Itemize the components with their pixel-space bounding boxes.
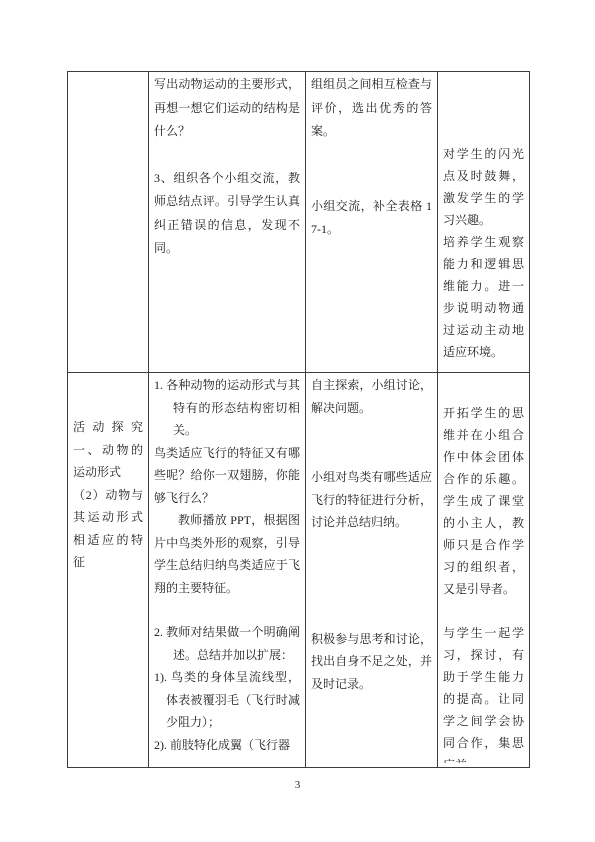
numbered-item: 1. 各种动物的运动形式与其特有的形态结构密切相关。 (154, 374, 300, 442)
stage-cell-content (73, 73, 143, 368)
cell-teacher-activity-row2: 1. 各种动物的运动形式与其特有的形态结构密切相关。 鸟类适应飞行的特征又有哪些… (149, 373, 306, 768)
teacher-activity-content: 1. 各种动物的运动形式与其特有的形态结构密切相关。 鸟类适应飞行的特征又有哪些… (154, 374, 300, 763)
paragraph: 自主探索，小组讨论，解决问题。 (311, 374, 432, 419)
document-page: 写出动物运动的主要形式，再想一想它们运动的结构是什么？ 3、组织各个小组交流，教… (0, 0, 595, 842)
cell-student-activity-row2: 自主探索，小组讨论，解决问题。 小组对鸟类有哪些适应飞行的特征进行分析，讨论并总… (306, 373, 438, 768)
lesson-plan-table: 写出动物运动的主要形式，再想一想它们运动的结构是什么？ 3、组织各个小组交流，教… (67, 71, 530, 768)
paragraph: 教师播放 PPT，根据图片中鸟类外形的观察，引导学生总结归纳鸟类适应于飞翔的主要… (154, 509, 300, 599)
page-number: 3 (0, 779, 595, 791)
paragraph: 培养学生观察能力和逻辑思维能力。进一步说明动物通过运动主动地适应环境。 (443, 231, 524, 363)
paragraph: 开拓学生的思维并在小组合作中体会团体合作的乐趣。学生成了课堂的小主人，教师只是合… (443, 402, 524, 600)
sub-item: 1). 鸟类的身体呈流线型，体表被覆羽毛（飞行时减少阻力）； (154, 666, 300, 734)
paragraph: 写出动物运动的主要形式，再想一想它们运动的结构是什么？ (154, 73, 300, 144)
paragraph: 3、组织各个小组交流，教师总结点评。引导学生认真纠正错误的信息，发现不同。 (154, 167, 300, 261)
stage-cell-content: 活动探究一、动物的运动形式 （2）动物与其运动形式相适应的特征 (73, 374, 143, 763)
paragraph: （2）动物与其运动形式相适应的特征 (73, 484, 143, 574)
paragraph: 对学生的闪光点及时鼓舞，激发学生的学习兴趣。 (443, 143, 524, 231)
numbered-item: 2. 教师对结果做一个明确阐述。总结并加以扩展： (154, 621, 300, 666)
cell-stage-row2: 活动探究一、动物的运动形式 （2）动物与其运动形式相适应的特征 (68, 373, 149, 768)
student-activity-content: 组组员之间相互检查与评价，选出优秀的答案。 小组交流，补全表格 17-1。 (311, 73, 432, 368)
paragraph: 鸟类适应飞行的特征又有哪些呢？给你一双翅膀，你能够飞行么？ (154, 442, 300, 510)
cell-stage-row1 (68, 72, 149, 373)
paragraph: 组组员之间相互检查与评价，选出优秀的答案。 (311, 73, 432, 144)
cell-design-intent-row1: 对学生的闪光点及时鼓舞，激发学生的学习兴趣。 培养学生观察能力和逻辑思维能力。进… (438, 72, 530, 373)
design-intent-content: 开拓学生的思维并在小组合作中体会团体合作的乐趣。学生成了课堂的小主人，教师只是合… (443, 374, 524, 763)
table-row: 写出动物运动的主要形式，再想一想它们运动的结构是什么？ 3、组织各个小组交流，教… (68, 72, 530, 373)
paragraph: 与学生一起学习，探讨，有助于学生能力的提高。让同学之间学会协同合作，集思广益。 (443, 622, 524, 763)
sub-item: 2). 前肢特化成翼（飞行器 (154, 734, 300, 757)
student-activity-content: 自主探索，小组讨论，解决问题。 小组对鸟类有哪些适应飞行的特征进行分析，讨论并总… (311, 374, 432, 763)
table-row: 活动探究一、动物的运动形式 （2）动物与其运动形式相适应的特征 1. 各种动物的… (68, 373, 530, 768)
cell-teacher-activity-row1: 写出动物运动的主要形式，再想一想它们运动的结构是什么？ 3、组织各个小组交流，教… (149, 72, 306, 373)
paragraph: 小组对鸟类有哪些适应飞行的特征进行分析，讨论并总结归纳。 (311, 466, 432, 534)
paragraph: 小组交流，补全表格 17-1。 (311, 195, 432, 242)
teacher-activity-content: 写出动物运动的主要形式，再想一想它们运动的结构是什么？ 3、组织各个小组交流，教… (154, 73, 300, 368)
paragraph: 活动探究一、动物的运动形式 (73, 416, 143, 484)
design-intent-content: 对学生的闪光点及时鼓舞，激发学生的学习兴趣。 培养学生观察能力和逻辑思维能力。进… (443, 73, 524, 368)
paragraph: 积极参与思考和讨论，找出自身不足之处，并及时记录。 (311, 628, 432, 696)
cell-student-activity-row1: 组组员之间相互检查与评价，选出优秀的答案。 小组交流，补全表格 17-1。 (306, 72, 438, 373)
cell-design-intent-row2: 开拓学生的思维并在小组合作中体会团体合作的乐趣。学生成了课堂的小主人，教师只是合… (438, 373, 530, 768)
